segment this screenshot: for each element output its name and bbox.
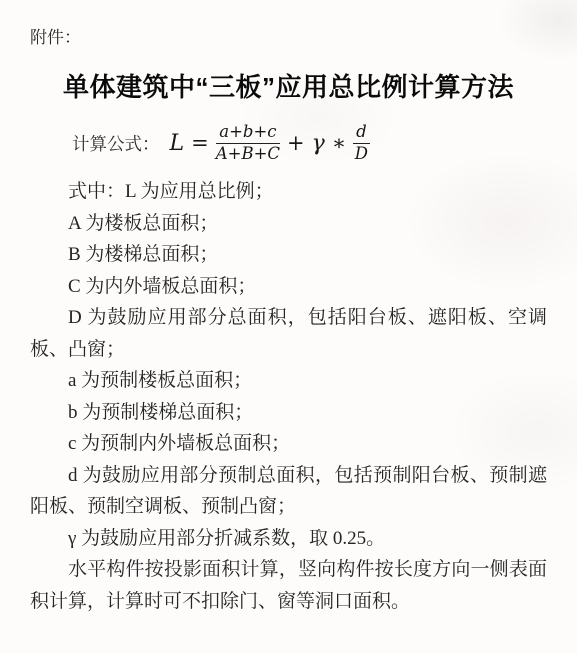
formula-row: 计算公式： L = a+b+c A+B+C + γ ∗ d D [72, 117, 547, 169]
fraction-abc-numerator: a+b+c [216, 123, 279, 143]
plus-sign: + [287, 131, 305, 155]
definition-L: 式中：L 为应用总比例； [30, 176, 547, 208]
definition-B: B 为楼梯总面积； [30, 239, 547, 271]
formula-lhs: L [170, 131, 185, 156]
fraction-dD-denominator: D [355, 144, 368, 163]
fraction-abc-denominator: A+B+C [216, 144, 280, 163]
equals-sign: = [191, 131, 209, 155]
calculation-note: 水平构件按投影面积计算，竖向构件按长度方向一侧表面积计算，计算时可不扣除门、窗等… [30, 554, 547, 617]
definition-C: C 为内外墙板总面积； [30, 271, 547, 303]
definitions-body: 式中：L 为应用总比例； A 为楼板总面积； B 为楼梯总面积； C 为内外墙板… [30, 176, 547, 617]
fraction-dD-numerator: d [353, 123, 370, 143]
definition-gamma: γ 为鼓励应用部分折减系数，取 0.25。 [30, 523, 547, 555]
multiply-sign: ∗ [332, 131, 346, 155]
formula-label: 计算公式： [72, 131, 160, 156]
formula-expression: L = a+b+c A+B+C + γ ∗ d D [170, 123, 370, 163]
definition-A: A 为楼板总面积； [30, 208, 547, 240]
definition-b: b 为预制楼梯总面积； [30, 397, 547, 429]
gamma-symbol: γ [312, 131, 325, 156]
definition-a: a 为预制楼板总面积； [30, 365, 547, 397]
definition-c: c 为预制内外墙板总面积； [30, 428, 547, 460]
definition-D: D 为鼓励应用部分总面积，包括阳台板、遮阳板、空调板、凸窗； [30, 302, 547, 365]
fraction-abc: a+b+c A+B+C [216, 123, 280, 163]
scanned-document-page: 附件： 单体建筑中“三板”应用总比例计算方法 计算公式： L = a+b+c A… [0, 0, 577, 653]
fraction-dD: d D [353, 123, 370, 163]
document-title: 单体建筑中“三板”应用总比例计算方法 [30, 67, 547, 104]
attachment-label: 附件： [30, 26, 547, 50]
definition-d: d 为鼓励应用部分预制总面积，包括预制阳台板、预制遮阳板、预制空调板、预制凸窗； [30, 460, 547, 523]
